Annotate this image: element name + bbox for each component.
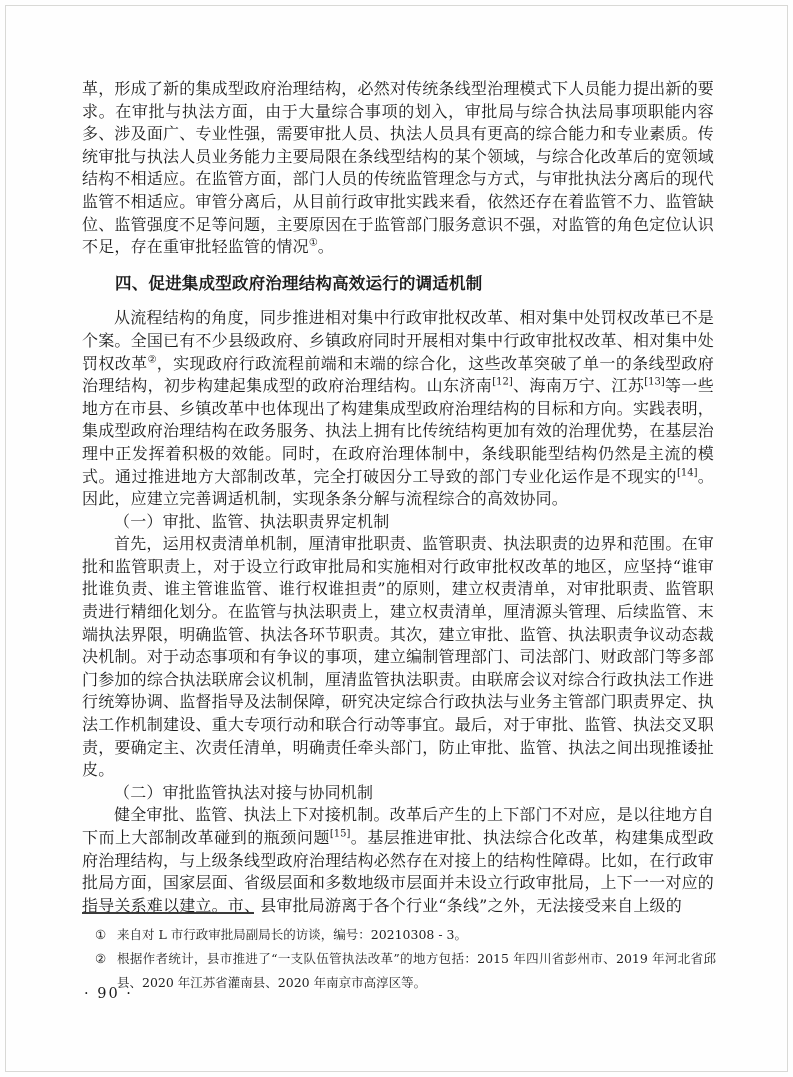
footnote-1: ① 来自对 L 市行政审批局副局长的访谈，编号：20210308 - 3。: [82, 923, 716, 947]
footnote-separator-rule: [82, 912, 254, 914]
footnote-2-text: 根据作者统计，县市推进了“一支队伍管执法改革”的地方包括：2015 年四川省彭州…: [117, 947, 716, 995]
citation-ref-13: [13]: [644, 377, 665, 388]
paper-page: 革，形成了新的集成型政府治理结构，必然对传统条线型治理模式下人员能力提出新的要求…: [0, 0, 793, 1077]
footnote-ref-2: ②: [148, 354, 157, 365]
citation-ref-14: [14]: [677, 467, 698, 478]
citation-ref-15: [15]: [330, 829, 351, 840]
subsection-heading-2: （二）审批监管执法对接与协同机制: [82, 782, 714, 805]
footnote-1-marker: ①: [95, 923, 117, 947]
paragraph: 从流程结构的角度，同步推进相对集中行政审批权改革、相对集中处罚权改革已不是个案。…: [82, 307, 714, 510]
section-heading-4: 四、促进集成型政府治理结构高效运行的调适机制: [82, 273, 714, 296]
citation-ref-12: [12]: [492, 377, 513, 388]
subsection-heading-1: （一）审批、监管、执法职责界定机制: [82, 511, 714, 534]
paragraph-text: 、海南万宁、江苏: [513, 376, 644, 395]
paragraph-text: 革，形成了新的集成型政府治理结构，必然对传统条线型治理模式下人员能力提出新的要求…: [82, 79, 714, 256]
paragraph-continuation: 革，形成了新的集成型政府治理结构，必然对传统条线型治理模式下人员能力提出新的要求…: [82, 78, 714, 259]
page-number: · 90 ·: [84, 986, 133, 1002]
footnote-1-text: 来自对 L 市行政审批局副局长的访谈，编号：20210308 - 3。: [117, 923, 716, 947]
footnote-2: ② 根据作者统计，县市推进了“一支队伍管执法改革”的地方包括：2015 年四川省…: [82, 947, 716, 995]
paragraph-text: 首先，运用权责清单机制，厘清审批职责、监管职责、执法职责的边界和范围。在审批和监…: [82, 534, 714, 779]
paragraph-text: 。: [318, 237, 334, 256]
footnote-ref-1: ①: [309, 238, 318, 249]
paragraph: 首先，运用权责清单机制，厘清审批职责、监管职责、执法职责的边界和范围。在审批和监…: [82, 533, 714, 782]
footnote-area: ① 来自对 L 市行政审批局副局长的访谈，编号：20210308 - 3。 ② …: [82, 912, 716, 995]
paragraph: 健全审批、监管、执法上下对接机制。改革后产生的上下部门不对应，是以往地方自下而上…: [82, 804, 714, 917]
page-body-text: 革，形成了新的集成型政府治理结构，必然对传统条线型治理模式下人员能力提出新的要求…: [82, 78, 714, 917]
